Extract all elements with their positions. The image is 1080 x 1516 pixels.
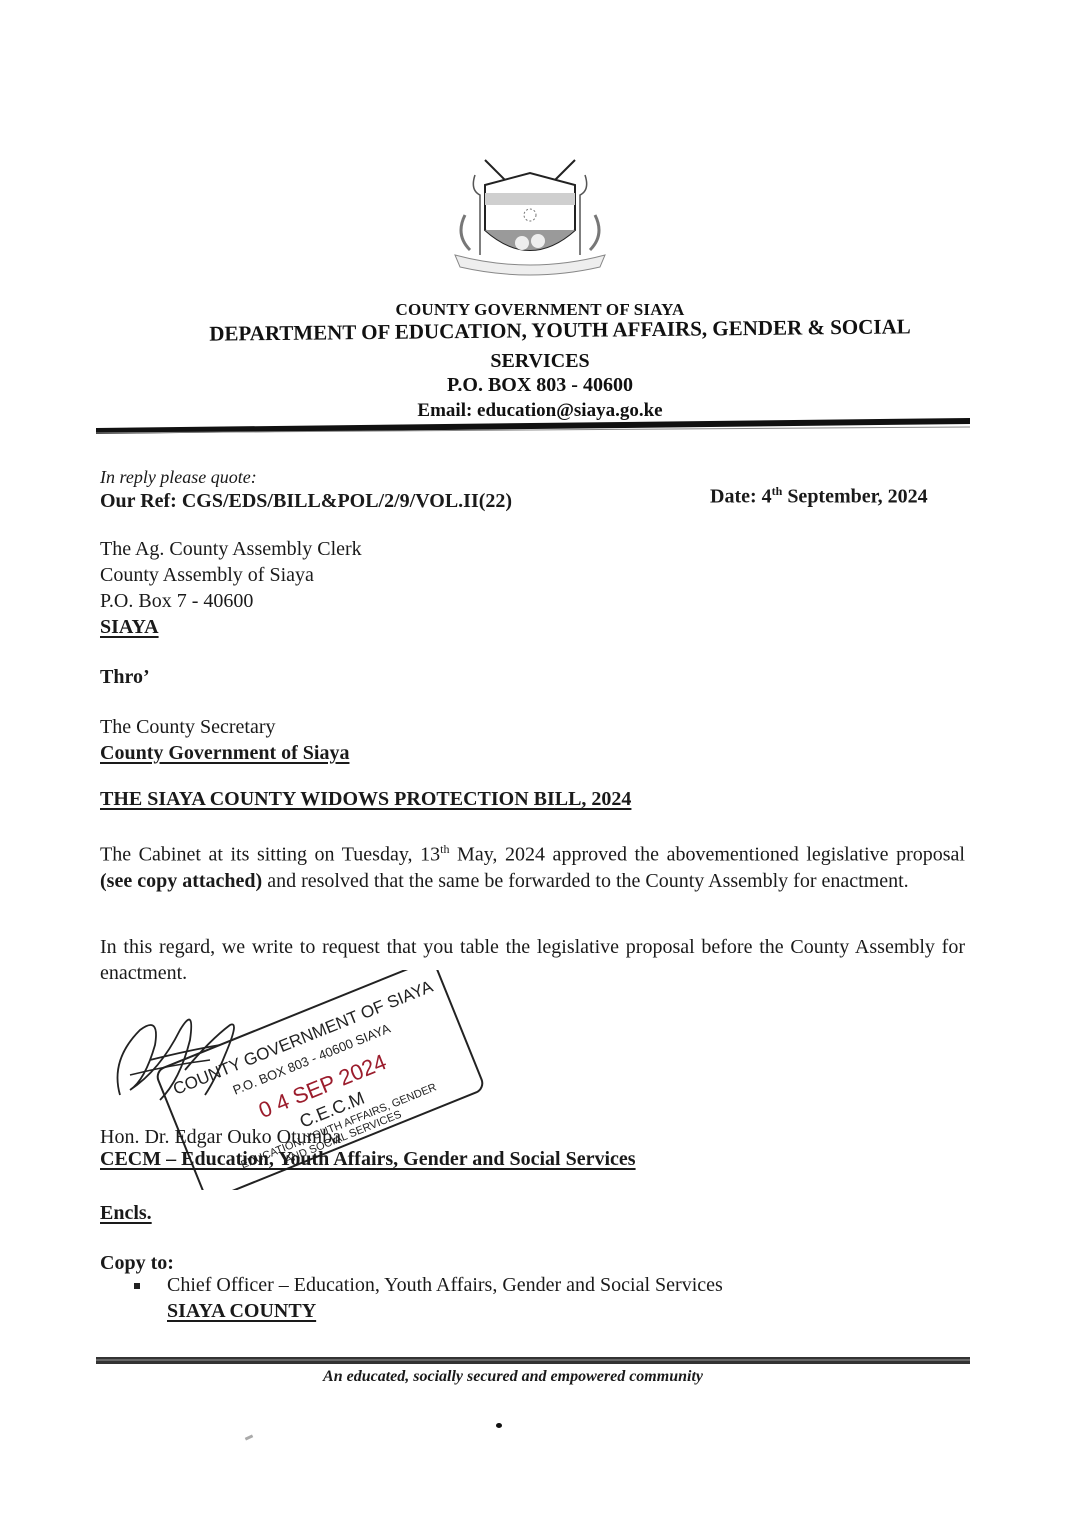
scan-speck — [496, 1423, 502, 1428]
signature-scribble — [100, 1000, 280, 1110]
via-line-1: The County Secretary — [100, 714, 276, 740]
letter-date: Date: 4th September, 2024 — [710, 478, 928, 510]
footer-motto: An educated, socially secured and empowe… — [0, 1368, 1026, 1386]
footer-divider — [96, 1356, 970, 1366]
copy-to-item-1: Chief Officer – Education, Youth Affairs… — [167, 1272, 723, 1298]
header-divider — [96, 418, 970, 434]
subject-heading: THE SIAYA COUNTY WIDOWS PROTECTION BILL,… — [100, 786, 631, 812]
recipient-line-2: County Assembly of Siaya — [100, 562, 314, 588]
signatory-title: CECM – Education, Youth Affairs, Gender … — [100, 1146, 636, 1172]
copy-to-label: Copy to: — [100, 1250, 174, 1276]
recipient-line-3: P.O. Box 7 - 40600 — [100, 588, 253, 614]
postal-address: P.O. BOX 803 - 40600 — [0, 374, 1080, 397]
reply-prompt: In reply please quote: — [100, 464, 257, 490]
bullet-icon — [134, 1283, 140, 1289]
recipient-line-1: The Ag. County Assembly Clerk — [100, 536, 362, 562]
copy-to-item-1-county: SIAYA COUNTY — [167, 1298, 316, 1324]
county-coat-of-arms-icon — [440, 145, 620, 285]
body-paragraph-1: The Cabinet at its sitting on Tuesday, 1… — [100, 836, 965, 894]
recipient-town: SIAYA — [100, 614, 159, 640]
enclosures-label: Encls. — [100, 1200, 152, 1226]
our-reference: Our Ref: CGS/EDS/BILL&POL/2/9/VOL.II(22) — [100, 488, 512, 514]
department-heading-cont: SERVICES — [0, 350, 1080, 373]
thro-label: Thro’ — [100, 664, 150, 690]
scan-speck — [245, 1434, 254, 1440]
via-line-2: County Government of Siaya — [100, 740, 349, 766]
